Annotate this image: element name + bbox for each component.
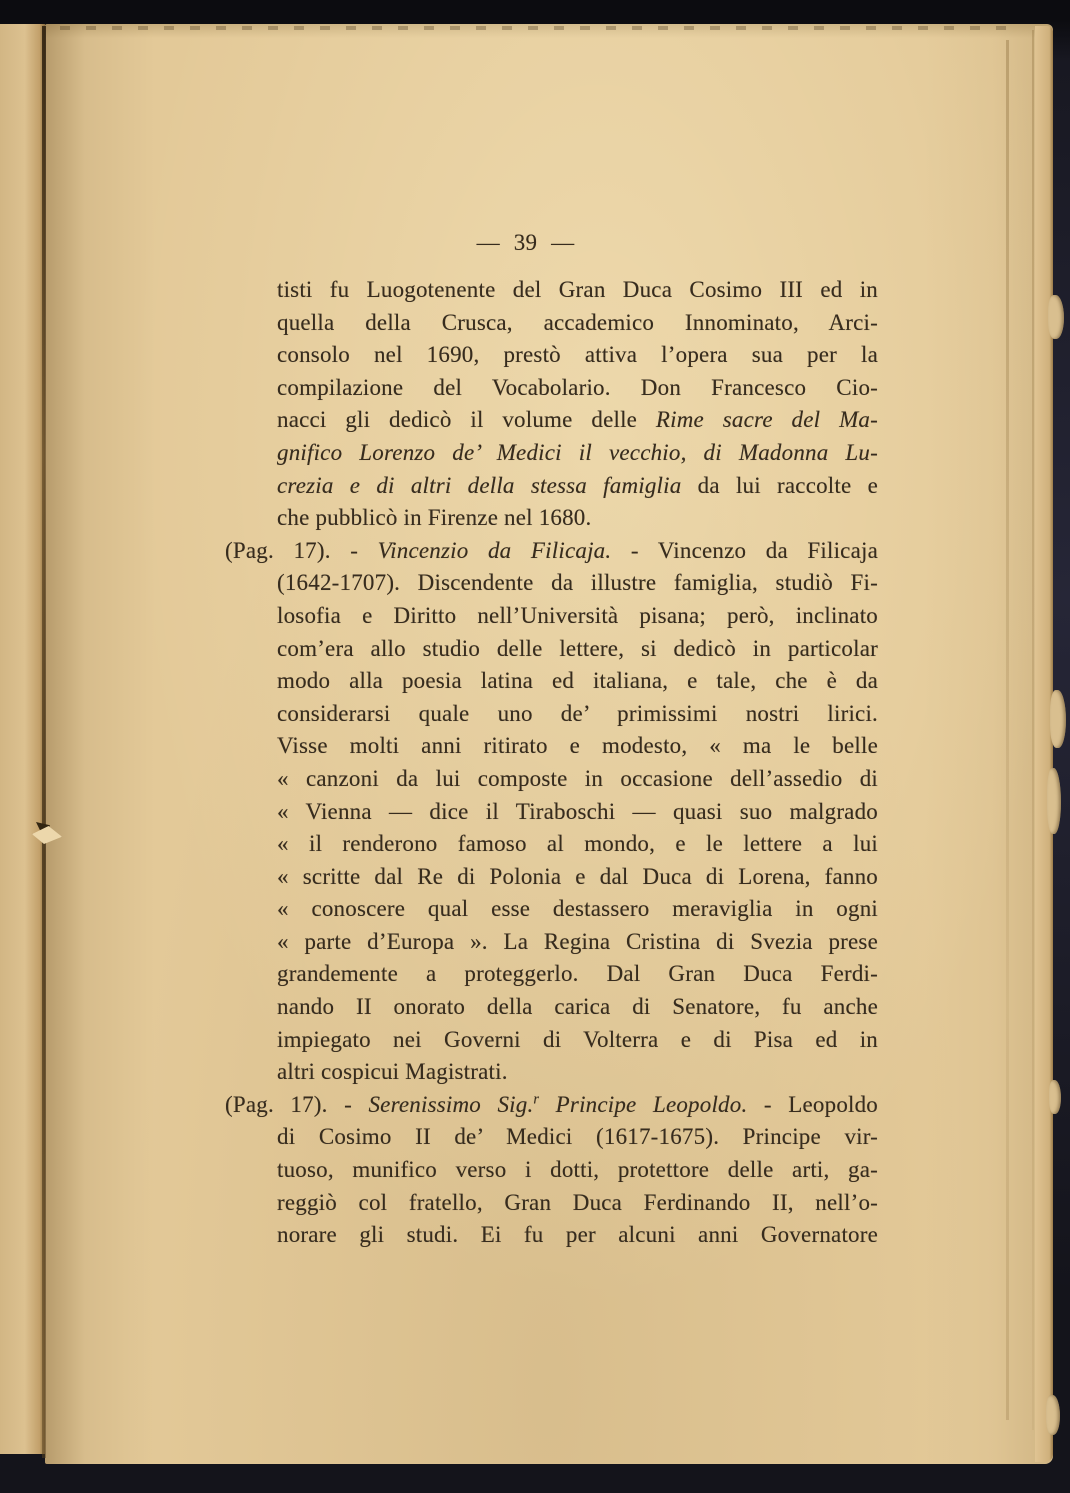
text-segment: « Vienna — dice il Tiraboschi — quasi su… <box>277 799 878 824</box>
text-line: (1642-1707). Discendente da illustre fam… <box>277 567 878 600</box>
italic-text-segment: Rime sacre del Ma- <box>656 407 878 432</box>
text-line: consolo nel 1690, prestò attiva l’opera … <box>277 339 878 372</box>
text-segment: norare gli studi. Ei fu per alcuni anni … <box>277 1222 878 1247</box>
text-line: com’era allo studio delle lettere, si de… <box>277 633 878 666</box>
text-segment: di Cosimo II de’ Medici (1617-1675). Pri… <box>277 1124 878 1149</box>
text-segment: altri cospicui Magistrati. <box>277 1059 508 1084</box>
text-line: nacci gli dedicò il volume delle Rime sa… <box>277 404 878 437</box>
text-line: crezia e di altri della stessa famiglia … <box>277 470 878 503</box>
text-segment: « canzoni da lui composte in occasione d… <box>277 766 878 791</box>
torn-edge-fragment <box>1048 295 1064 339</box>
text-segment: « conoscere qual esse destassero meravig… <box>277 896 878 921</box>
text-segment: losofia e Diritto nell’Università pisana… <box>277 603 878 628</box>
text-block: — 39 — tisti fu Luogotenente del Gran Du… <box>225 228 878 1252</box>
text-segment: com’era allo studio delle lettere, si de… <box>277 636 878 661</box>
text-segment: che pubblicò in Firenze nel 1680. <box>277 505 591 530</box>
text-segment: « parte d’Europa ». La Regina Cristina d… <box>277 929 878 954</box>
italic-text-segment: gnifico Lorenzo de’ Medici il vecchio, d… <box>277 440 878 465</box>
text-line: che pubblicò in Firenze nel 1680. <box>277 502 878 535</box>
text-line: considerarsi quale uno de’ primissimi no… <box>277 698 878 731</box>
text-line: di Cosimo II de’ Medici (1617-1675). Pri… <box>277 1121 878 1154</box>
text-segment: « il renderono famoso al mondo, e le let… <box>277 831 878 856</box>
page-stack-edge <box>1035 26 1053 1462</box>
torn-edge-fragment <box>1046 1395 1060 1435</box>
text-line: « Vienna — dice il Tiraboschi — quasi su… <box>277 796 878 829</box>
italic-text-segment: Principe Leopoldo. <box>539 1092 747 1117</box>
text-line: tisti fu Luogotenente del Gran Duca Cosi… <box>277 274 878 307</box>
text-segment: compilazione del Vocabolario. Don France… <box>277 375 878 400</box>
text-segment: modo alla poesia latina ed italiana, e t… <box>277 668 878 693</box>
torn-edge-fragment <box>1047 768 1061 834</box>
photo-background: — 39 — tisti fu Luogotenente del Gran Du… <box>0 0 1070 1493</box>
text-line: « scritte dal Re di Polonia e dal Duca d… <box>277 861 878 894</box>
text-segment: (Pag. 17). - <box>225 538 378 563</box>
text-line: compilazione del Vocabolario. Don France… <box>277 372 878 405</box>
text-segment: impiegato nei Governi di Volterra e di P… <box>277 1027 878 1052</box>
text-segment: (1642-1707). Discendente da illustre fam… <box>277 570 878 595</box>
text-segment: considerarsi quale uno de’ primissimi no… <box>277 701 878 726</box>
text-line: losofia e Diritto nell’Università pisana… <box>277 600 878 633</box>
text-segment: tuoso, munifico verso i dotti, protettor… <box>277 1157 878 1182</box>
torn-edge-fragment <box>1050 690 1066 748</box>
text-line: grandemente a proteggerlo. Dal Gran Duca… <box>277 958 878 991</box>
text-line: gnifico Lorenzo de’ Medici il vecchio, d… <box>277 437 878 470</box>
text-line: « parte d’Europa ». La Regina Cristina d… <box>277 926 878 959</box>
text-line: (Pag. 17). - Serenissimo Sig.r Principe … <box>225 1089 878 1122</box>
text-segment: (Pag. 17). - <box>225 1092 368 1117</box>
text-line: « canzoni da lui composte in occasione d… <box>277 763 878 796</box>
text-line: « il renderono famoso al mondo, e le let… <box>277 828 878 861</box>
text-segment: consolo nel 1690, prestò attiva l’opera … <box>277 342 878 367</box>
torn-paper-flap <box>28 820 62 846</box>
page-fold-line <box>1032 30 1034 1430</box>
text-segment: - Vincenzo da Filicaja <box>611 538 878 563</box>
text-segment: grandemente a proteggerlo. Dal Gran Duca… <box>277 961 878 986</box>
book-page: — 39 — tisti fu Luogotenente del Gran Du… <box>45 24 1053 1464</box>
text-segment: quella della Crusca, accademico Innomina… <box>277 310 878 335</box>
text-segment: reggiò col fratello, Gran Duca Ferdinand… <box>277 1190 878 1215</box>
text-line: (Pag. 17). - Vincenzio da Filicaja. - Vi… <box>225 535 878 568</box>
text-line: altri cospicui Magistrati. <box>277 1056 878 1089</box>
page-fold-line <box>1006 40 1009 1420</box>
text-line: tuoso, munifico verso i dotti, protettor… <box>277 1154 878 1187</box>
text-line: reggiò col fratello, Gran Duca Ferdinand… <box>277 1187 878 1220</box>
text-segment: da lui raccolte e <box>681 473 878 498</box>
binding-crease <box>42 26 46 1458</box>
italic-text-segment: Serenissimo Sig. <box>368 1092 533 1117</box>
stitching-marks <box>60 26 1020 30</box>
text-line: nando II onorato della carica di Senator… <box>277 991 878 1024</box>
text-segment: « scritte dal Re di Polonia e dal Duca d… <box>277 864 878 889</box>
paper-flap <box>32 826 62 844</box>
page-number: — 39 — <box>199 228 852 258</box>
italic-text-segment: Vincenzio da Filicaja. <box>378 538 612 563</box>
text-line: quella della Crusca, accademico Innomina… <box>277 307 878 340</box>
text-segment: - Leopoldo <box>747 1092 878 1117</box>
text-line: norare gli studi. Ei fu per alcuni anni … <box>277 1219 878 1252</box>
torn-edge-fragment <box>1049 1080 1061 1114</box>
text-line: « conoscere qual esse destassero meravig… <box>277 893 878 926</box>
text-segment: nacci gli dedicò il volume delle <box>277 407 656 432</box>
left-page-edge <box>0 24 45 1454</box>
text-line: modo alla poesia latina ed italiana, e t… <box>277 665 878 698</box>
text-line: Visse molti anni ritirato e modesto, « m… <box>277 730 878 763</box>
text-line: impiegato nei Governi di Volterra e di P… <box>277 1024 878 1057</box>
text-segment: tisti fu Luogotenente del Gran Duca Cosi… <box>277 277 878 302</box>
text-segment: Visse molti anni ritirato e modesto, « m… <box>277 733 878 758</box>
italic-text-segment: crezia e di altri della stessa famiglia <box>277 473 681 498</box>
text-segment: nando II onorato della carica di Senator… <box>277 994 878 1019</box>
body-text: tisti fu Luogotenente del Gran Duca Cosi… <box>225 274 878 1252</box>
